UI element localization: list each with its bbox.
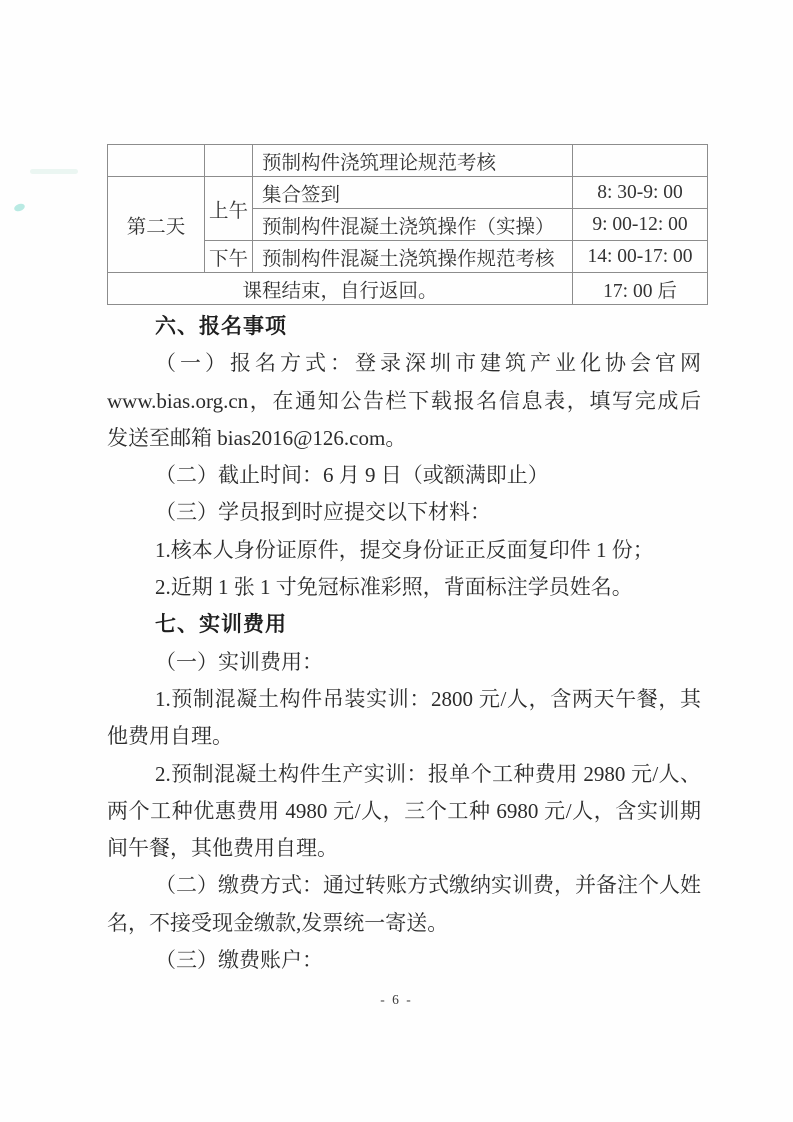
table-row: 课程结束，自行返回。 17: 00 后 [108, 273, 708, 305]
page-number: - 6 - [0, 992, 793, 1008]
cell-time: 9: 00-12: 00 [573, 209, 708, 241]
text-line: 名，不接受现金缴款,发票统一寄送。 [107, 905, 701, 942]
cell-activity: 预制构件浇筑理论规范考核 [253, 145, 573, 177]
cell-note: 课程结束，自行返回。 [108, 273, 573, 305]
document-body: 六、报名事项（一）报名方式：登录深圳市建筑产业化协会官网www.bias.org… [107, 308, 701, 979]
text-line: 2.近期 1 张 1 寸免冠标准彩照，背面标注学员姓名。 [107, 569, 701, 606]
cell-period: 下午 [205, 241, 253, 273]
text-line: （二）缴费方式：通过转账方式缴纳实训费，并备注个人姓 [107, 867, 701, 904]
cell-time: 17: 00 后 [573, 273, 708, 305]
text-line: www.bias.org.cn，在通知公告栏下载报名信息表，填写完成后 [107, 383, 701, 420]
cell-day [108, 145, 205, 177]
cell-activity: 预制构件混凝土浇筑操作（实操） [253, 209, 573, 241]
text-line: （三）学员报到时应提交以下材料： [107, 494, 701, 531]
table-row: 第二天 上午 集合签到 8: 30-9: 00 [108, 177, 708, 209]
cell-period: 上午 [205, 177, 253, 241]
text-line: （一）实训费用： [107, 644, 701, 681]
scan-artifact-smudge [30, 169, 78, 174]
text-line: （一）报名方式：登录深圳市建筑产业化协会官网 [107, 345, 701, 382]
cell-activity: 预制构件混凝土浇筑操作规范考核 [253, 241, 573, 273]
text-line: 2.预制混凝土构件生产实训：报单个工种费用 2980 元/人、 [107, 756, 701, 793]
text-line: 发送至邮箱 bias2016@126.com。 [107, 420, 701, 457]
document-page: 预制构件浇筑理论规范考核 第二天 上午 集合签到 8: 30-9: 00 预制构… [0, 0, 793, 1122]
text-line: 1.预制混凝土构件吊装实训：2800 元/人，含两天午餐，其 [107, 681, 701, 718]
text-line: （三）缴费账户： [107, 942, 701, 979]
text-line: 两个工种优惠费用 4980 元/人，三个工种 6980 元/人，含实训期 [107, 793, 701, 830]
scan-artifact-dot [13, 202, 26, 212]
text-line: 他费用自理。 [107, 718, 701, 755]
training-schedule-table: 预制构件浇筑理论规范考核 第二天 上午 集合签到 8: 30-9: 00 预制构… [107, 144, 708, 305]
cell-day: 第二天 [108, 177, 205, 273]
cell-activity: 集合签到 [253, 177, 573, 209]
text-line: 1.核本人身份证原件，提交身份证正反面复印件 1 份； [107, 532, 701, 569]
cell-period [205, 145, 253, 177]
cell-time: 8: 30-9: 00 [573, 177, 708, 209]
table-row: 预制构件浇筑理论规范考核 [108, 145, 708, 177]
text-line: （二）截止时间：6 月 9 日（或额满即止） [107, 457, 701, 494]
section-heading-registration: 六、报名事项 [107, 308, 701, 345]
section-heading-fees: 七、实训费用 [107, 606, 701, 643]
cell-time [573, 145, 708, 177]
cell-time: 14: 00-17: 00 [573, 241, 708, 273]
text-line: 间午餐，其他费用自理。 [107, 830, 701, 867]
